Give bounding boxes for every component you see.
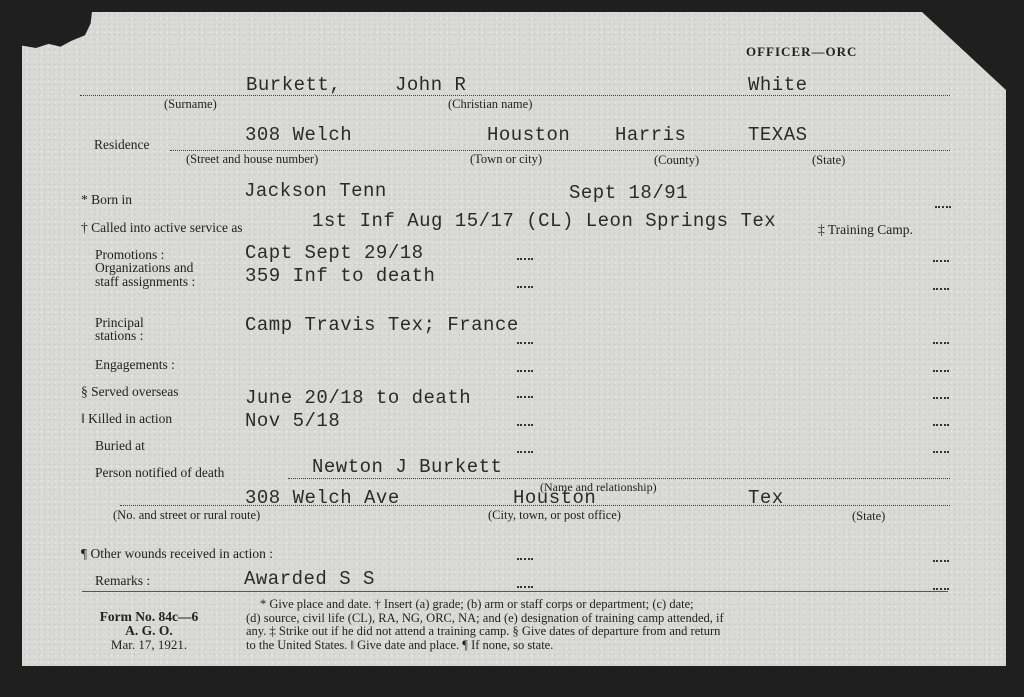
organizations-value: 359 Inf to death xyxy=(245,265,435,287)
dash-mark xyxy=(933,370,949,372)
born-in-label: * Born in xyxy=(81,192,132,208)
dash-mark xyxy=(933,260,949,262)
surname-value: Burkett, xyxy=(246,74,341,96)
christian-name-caption: (Christian name) xyxy=(448,97,532,112)
promotions-value: Capt Sept 29/18 xyxy=(245,242,424,264)
dash-mark xyxy=(933,424,949,426)
residence-county-value: Harris xyxy=(615,124,686,146)
called-into-service-value: 1st Inf Aug 15/17 (CL) Leon Springs Tex xyxy=(312,210,776,232)
dash-mark xyxy=(933,397,949,399)
dash-mark xyxy=(517,396,533,398)
organizations-label-line2: staff assignments : xyxy=(95,275,195,289)
name-line xyxy=(80,95,950,96)
person-notified-line xyxy=(288,478,950,479)
footnote-line-2: (d) source, civil life (CL), RA, NG, ORC… xyxy=(246,612,951,626)
dash-mark xyxy=(517,258,533,260)
residence-street-value: 308 Welch xyxy=(245,124,352,146)
dash-mark xyxy=(517,586,533,588)
surname-caption: (Surname) xyxy=(164,97,217,112)
dash-mark xyxy=(517,370,533,372)
born-in-place-value: Jackson Tenn xyxy=(244,180,387,202)
form-date: Mar. 17, 1921. xyxy=(74,638,224,652)
called-into-service-label: † Called into active service as xyxy=(81,220,243,236)
address-city-caption: (City, town, or post office) xyxy=(488,508,621,523)
form-identifier: Form No. 84c—6 A. G. O. Mar. 17, 1921. xyxy=(74,610,224,652)
organizations-label: Organizations and staff assignments : xyxy=(95,261,195,289)
dash-mark xyxy=(935,206,951,208)
county-caption: (County) xyxy=(654,153,699,168)
other-wounds-label: ¶ Other wounds received in action : xyxy=(81,546,273,562)
form-number: Form No. 84c—6 xyxy=(74,610,224,624)
dash-mark xyxy=(517,424,533,426)
person-notified-name-value: Newton J Burkett xyxy=(312,456,502,478)
footer-rule xyxy=(82,591,948,592)
person-notified-city-value: Houston xyxy=(513,487,596,509)
killed-in-action-label: ‖ Killed in action xyxy=(81,411,172,427)
killed-in-action-value: Nov 5/18 xyxy=(245,410,340,432)
principal-stations-label-line2: stations : xyxy=(95,329,144,342)
organizations-label-line1: Organizations and xyxy=(95,261,195,275)
remarks-label: Remarks : xyxy=(95,573,150,589)
dash-mark xyxy=(933,288,949,290)
residence-state-value: TEXAS xyxy=(748,124,808,146)
state-caption: (State) xyxy=(812,153,845,168)
street-caption: (Street and house number) xyxy=(186,152,318,167)
footnote-line-4: to the United States. ‖ Give date and pl… xyxy=(246,639,951,653)
footnotes: * Give place and date. † Insert (a) grad… xyxy=(246,598,951,652)
address-state-caption: (State) xyxy=(852,509,885,524)
training-camp-label: ‡ Training Camp. xyxy=(818,222,913,238)
race-value: White xyxy=(748,74,808,96)
residence-line xyxy=(170,150,950,151)
dash-mark xyxy=(933,342,949,344)
dash-mark xyxy=(933,588,949,590)
dash-mark xyxy=(517,451,533,453)
christian-name-value: John R xyxy=(395,74,466,96)
person-notified-label: Person notified of death xyxy=(95,465,224,481)
remarks-value: Awarded S S xyxy=(244,568,375,590)
principal-stations-label: Principal stations : xyxy=(95,316,144,342)
person-notified-state-value: Tex xyxy=(748,487,784,509)
engagements-label: Engagements : xyxy=(95,357,175,373)
served-overseas-label: § Served overseas xyxy=(81,384,178,400)
town-caption: (Town or city) xyxy=(470,152,542,167)
footnote-line-3: any. ‡ Strike out if he did not attend a… xyxy=(246,625,951,639)
dash-mark xyxy=(933,451,949,453)
dash-mark xyxy=(517,286,533,288)
dash-mark xyxy=(517,558,533,560)
born-in-date-value: Sept 18/91 xyxy=(569,182,688,204)
buried-at-label: Buried at xyxy=(95,438,145,454)
principal-stations-value: Camp Travis Tex; France xyxy=(245,314,519,336)
served-overseas-value: June 20/18 to death xyxy=(245,387,471,409)
residence-label: Residence xyxy=(94,137,149,153)
form-type-header: OFFICER—ORC xyxy=(746,44,857,60)
person-notified-street-value: 308 Welch Ave xyxy=(245,487,400,509)
form-agency: A. G. O. xyxy=(74,624,224,638)
dash-mark xyxy=(933,560,949,562)
residence-town-value: Houston xyxy=(487,124,570,146)
footnote-line-1: * Give place and date. † Insert (a) grad… xyxy=(246,598,951,612)
address-street-caption: (No. and street or rural route) xyxy=(113,508,260,523)
dash-mark xyxy=(517,342,533,344)
